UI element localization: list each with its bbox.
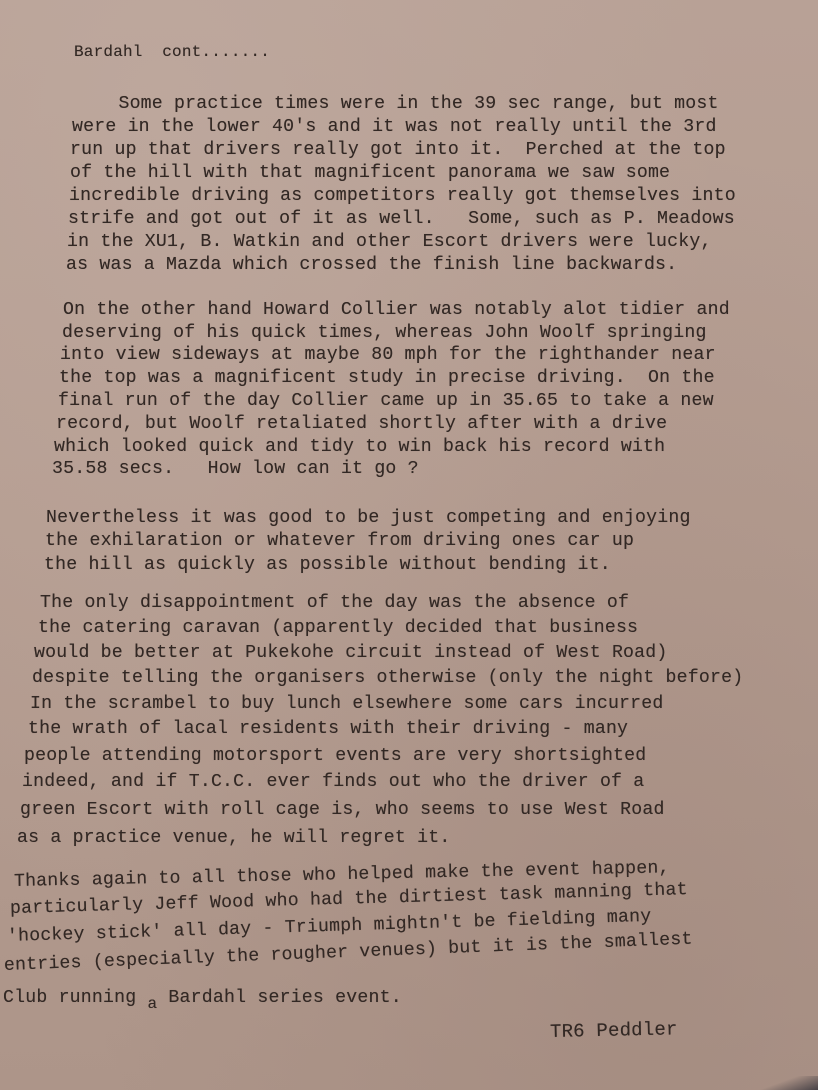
text-line: green Escort with roll cage is, who seem… — [20, 799, 665, 821]
page-header: Bardahl cont....... — [74, 41, 270, 63]
text-line: Nevertheless it was good to be just comp… — [46, 507, 691, 529]
text-line: strife and got out of it as well. Some, … — [68, 208, 735, 230]
text-line: 35.58 secs. How low can it go ? — [52, 458, 419, 480]
text-line: On the other hand Howard Collier was not… — [63, 299, 730, 321]
text-line: record, but Woolf retaliated shortly aft… — [56, 413, 667, 435]
text-line: the exhilaration or whatever from drivin… — [45, 530, 634, 552]
text-line: indeed, and if T.C.C. ever finds out who… — [22, 771, 644, 793]
text-fragment: Club running — [3, 988, 148, 1008]
text-line: The only disappointment of the day was t… — [40, 592, 629, 614]
text-line: deserving of his quick times, whereas Jo… — [62, 322, 707, 344]
text-line: would be better at Pukekohe circuit inst… — [34, 642, 668, 664]
text-fragment-lowered: a — [148, 995, 158, 1013]
text-line: as a practice venue, he will regret it. — [17, 827, 450, 849]
text-line: final run of the day Collier came up in … — [58, 390, 714, 412]
author-signature: TR6 Peddler — [550, 1018, 678, 1043]
text-line: run up that drivers really got into it. … — [70, 139, 726, 161]
text-line: In the scrambel to buy lunch elsewhere s… — [30, 693, 664, 715]
text-line: were in the lower 40's and it was not re… — [72, 116, 717, 138]
text-line: into view sideways at maybe 80 mph for t… — [60, 344, 716, 366]
text-line: of the hill with that magnificent panora… — [70, 162, 670, 184]
text-line: Some practice times were in the 39 sec r… — [74, 93, 719, 115]
text-line: as was a Mazda which crossed the finish … — [66, 254, 677, 276]
text-line: incredible driving as competitors really… — [69, 185, 736, 207]
text-line: the top was a magnificent study in preci… — [59, 367, 715, 389]
text-line: people attending motorsport events are v… — [24, 745, 646, 767]
text-line: Club running a Bardahl series event. — [3, 987, 402, 1009]
text-line: the wrath of lacal residents with their … — [28, 718, 628, 740]
page-corner-shadow — [758, 1076, 818, 1090]
text-fragment: Bardahl series event. — [157, 988, 402, 1008]
typewritten-page: Bardahl cont....... Some practice times … — [0, 0, 818, 1090]
text-line: which looked quick and tidy to win back … — [54, 436, 665, 458]
text-line: the catering caravan (apparently decided… — [38, 617, 638, 639]
text-line: in the XU1, B. Watkin and other Escort d… — [67, 231, 712, 253]
text-line: despite telling the organisers otherwise… — [32, 667, 743, 689]
text-line: the hill as quickly as possible without … — [44, 554, 611, 576]
